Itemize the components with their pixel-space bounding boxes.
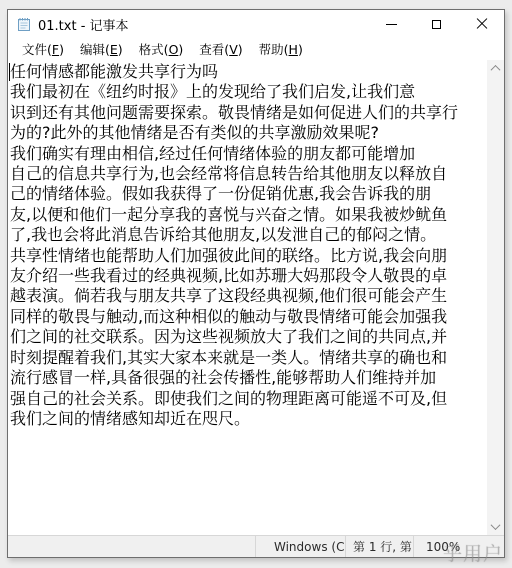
scroll-down-button[interactable]: [487, 518, 504, 535]
text-line: 己的情绪体验。假如我获得了一份促销优惠,我会告诉我的朋: [10, 184, 487, 204]
maximize-button[interactable]: [414, 10, 459, 38]
text-line: 友,以便和他们一起分享我的喜悦与兴奋之情。如果我被炒鱿鱼: [10, 205, 487, 225]
chevron-down-icon: [491, 520, 501, 530]
close-button[interactable]: [459, 10, 504, 38]
status-section-empty: [8, 536, 255, 557]
status-encoding: Windows (C: [255, 536, 345, 557]
notepad-icon: [16, 16, 32, 32]
text-line: 强自己的社会关系。即使我们之间的物理距离可能遥不可及,但: [10, 389, 487, 409]
text-line: 了,我也会将此消息告诉给其他朋友,以发泄自己的郁闷之情。: [10, 225, 487, 245]
chevron-up-icon: [491, 65, 501, 75]
window-title: 01.txt - 记事本: [38, 15, 129, 34]
text-caret: [9, 63, 10, 81]
text-line: 们之间的社交联系。因为这些视频放大了我们之间的共同点,并: [10, 327, 487, 347]
content-area: 任何情感都能激发共享行为吗 我们最初在《纽约时报》上的发现给了我们启发,让我们意…: [8, 60, 504, 535]
minimize-button[interactable]: [369, 10, 414, 38]
text-line: 越表演。倘若我与朋友共享了这段经典视频,他们很可能会产生: [10, 286, 487, 306]
notepad-window: 01.txt - 记事本 文件(F) 编辑(E) 格式(O) 查看(V) 帮助(…: [7, 9, 505, 558]
vertical-scrollbar[interactable]: [487, 60, 504, 535]
text-line: 自己的信息共享行为,也会经常将信息转告给其他朋友以释放自: [10, 164, 487, 184]
scroll-up-button[interactable]: [487, 60, 504, 77]
title-bar: 01.txt - 记事本: [8, 10, 504, 38]
text-editor[interactable]: 任何情感都能激发共享行为吗 我们最初在《纽约时报》上的发现给了我们启发,让我们意…: [8, 60, 487, 535]
text-line: 共享性情绪也能帮助人们加强彼此间的联络。比方说,我会向朋: [10, 246, 487, 266]
text-line: 我们确实有理由相信,经过任何情绪体验的朋友都可能增加: [10, 144, 487, 164]
status-zoom-level: 100%: [413, 536, 504, 557]
text-line: 我们之间的情绪感知却近在咫尺。: [10, 409, 487, 429]
maximize-icon: [432, 20, 441, 29]
text-line: 识到还有其他问题需要探索。敬畏情绪是如何促进人们的共享行: [10, 103, 487, 123]
menu-help[interactable]: 帮助(H): [251, 38, 311, 60]
menu-edit[interactable]: 编辑(E): [72, 38, 131, 60]
menu-bar: 文件(F) 编辑(E) 格式(O) 查看(V) 帮助(H): [8, 38, 504, 60]
titlebar-buttons: [369, 10, 504, 38]
minimize-icon: [386, 24, 397, 25]
menu-format[interactable]: 格式(O): [131, 38, 192, 60]
text-line: 流行感冒一样,具备很强的社会传播性,能够帮助人们维持并加: [10, 368, 487, 388]
status-bar: Windows (C 第 1 行, 第 100%: [8, 535, 504, 557]
status-cursor-position: 第 1 行, 第: [345, 536, 413, 557]
text-line: 时刻提醒着我们,其实大家本来就是一类人。情绪共享的确也和: [10, 348, 487, 368]
text-line: 我们最初在《纽约时报》上的发现给了我们启发,让我们意: [10, 82, 487, 102]
menu-view[interactable]: 查看(V): [191, 38, 250, 60]
menu-file[interactable]: 文件(F): [14, 38, 72, 60]
text-line: 为的?此外的其他情绪是否有类似的共享激励效果呢?: [10, 123, 487, 143]
text-line: 同样的敬畏与触动,而这种相似的触动与敬畏情绪可能会加强我: [10, 307, 487, 327]
desktop-background: { "window": { "title": "01.txt - 记事本", "…: [0, 0, 512, 568]
text-line: 任何情感都能激发共享行为吗: [10, 62, 487, 82]
close-icon: [476, 18, 488, 30]
text-line: 友介绍一些我看过的经典视频,比如苏珊大妈那段令人敬畏的卓: [10, 266, 487, 286]
